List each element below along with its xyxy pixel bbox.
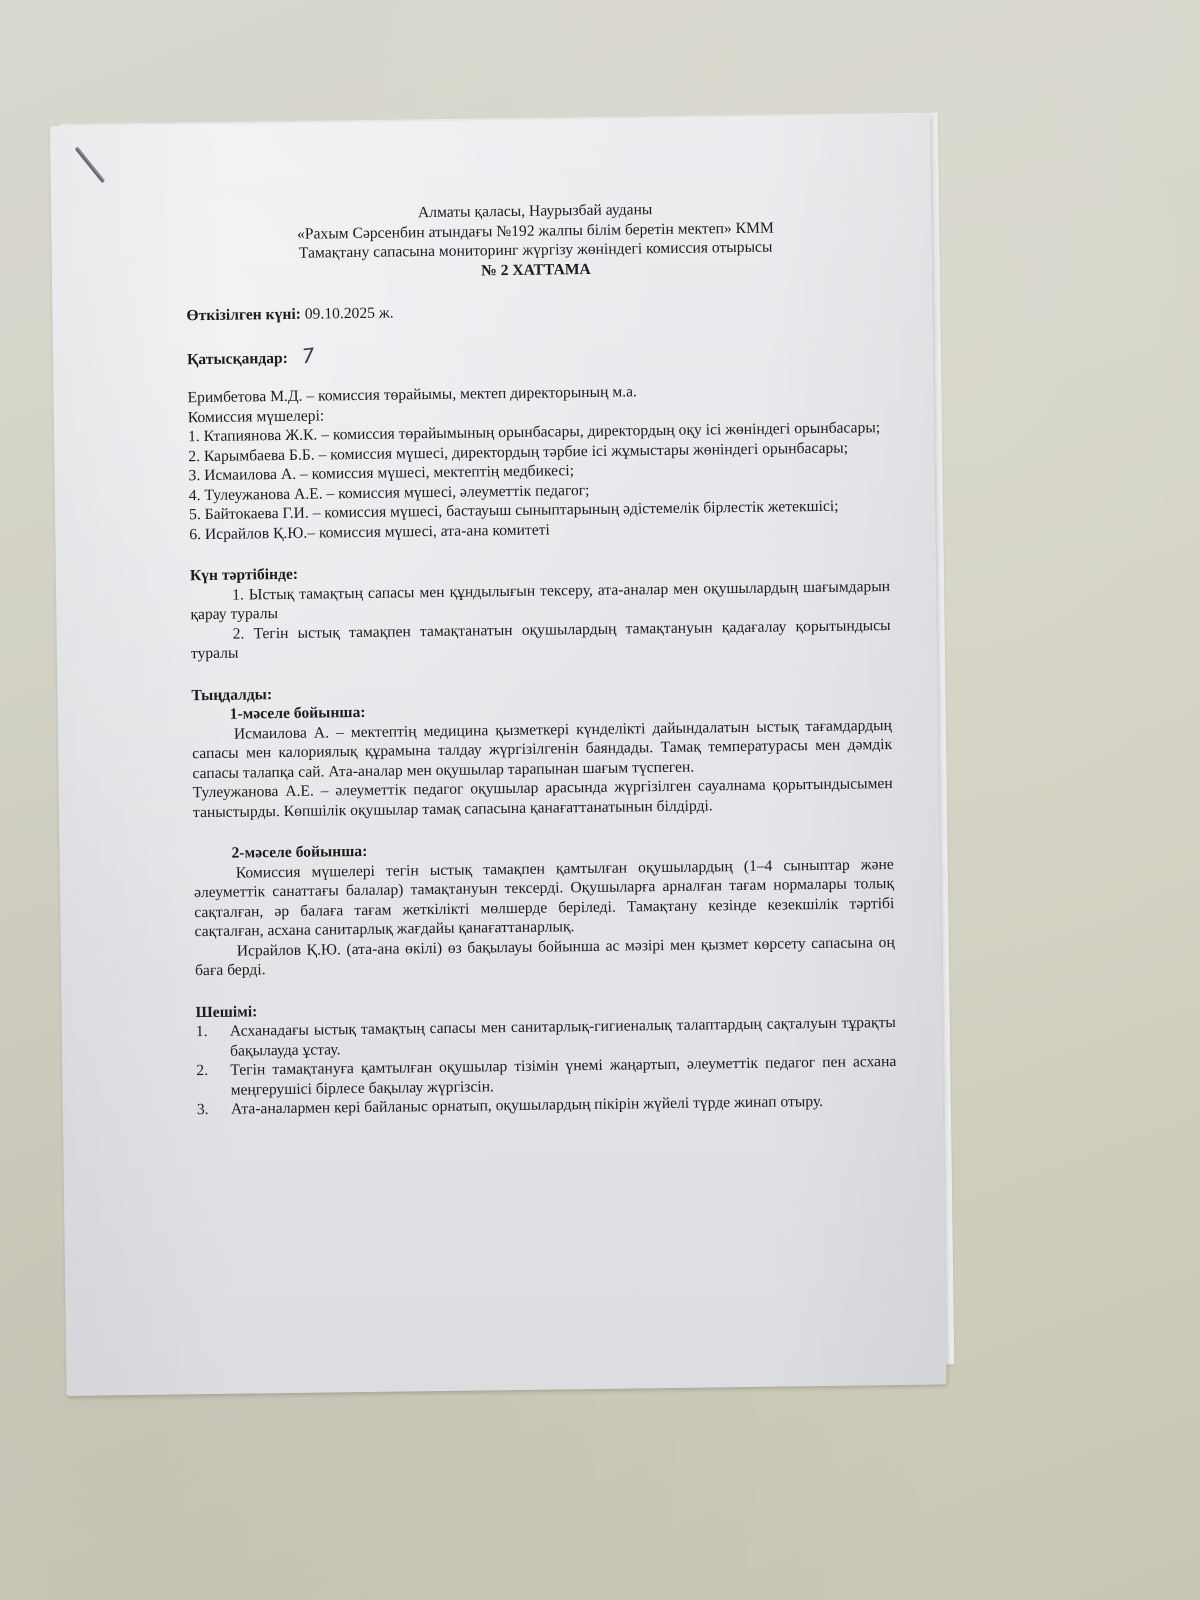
members-list: 1. Ктапиянова Ж.К. – комиссия төрайымыны… (188, 418, 889, 544)
decision-list: 1. Асханадағы ыстық тамақтың сапасы мен … (196, 1013, 897, 1120)
date-label: Өткізілген күні: (186, 306, 301, 324)
staple-icon (75, 146, 106, 183)
participants-label: Қатысқандар: (187, 349, 288, 367)
document-header: Алматы қаласы, Наурызбай ауданы «Рахым С… (185, 197, 886, 284)
document-content: Алматы қаласы, Наурызбай ауданы «Рахым С… (185, 197, 897, 1120)
date-value: 09.10.2025 ж. (305, 305, 394, 323)
issue1-paragraph: Исмаилова А. – мектептің медицина қызмет… (192, 716, 893, 784)
document-page: Алматы қаласы, Наурызбай ауданы «Рахым С… (50, 114, 947, 1395)
handwritten-participant-count: 7 (301, 345, 316, 366)
issue2-paragraph: Комиссия мүшелері тегін ыстық тамақпен қ… (194, 855, 895, 942)
